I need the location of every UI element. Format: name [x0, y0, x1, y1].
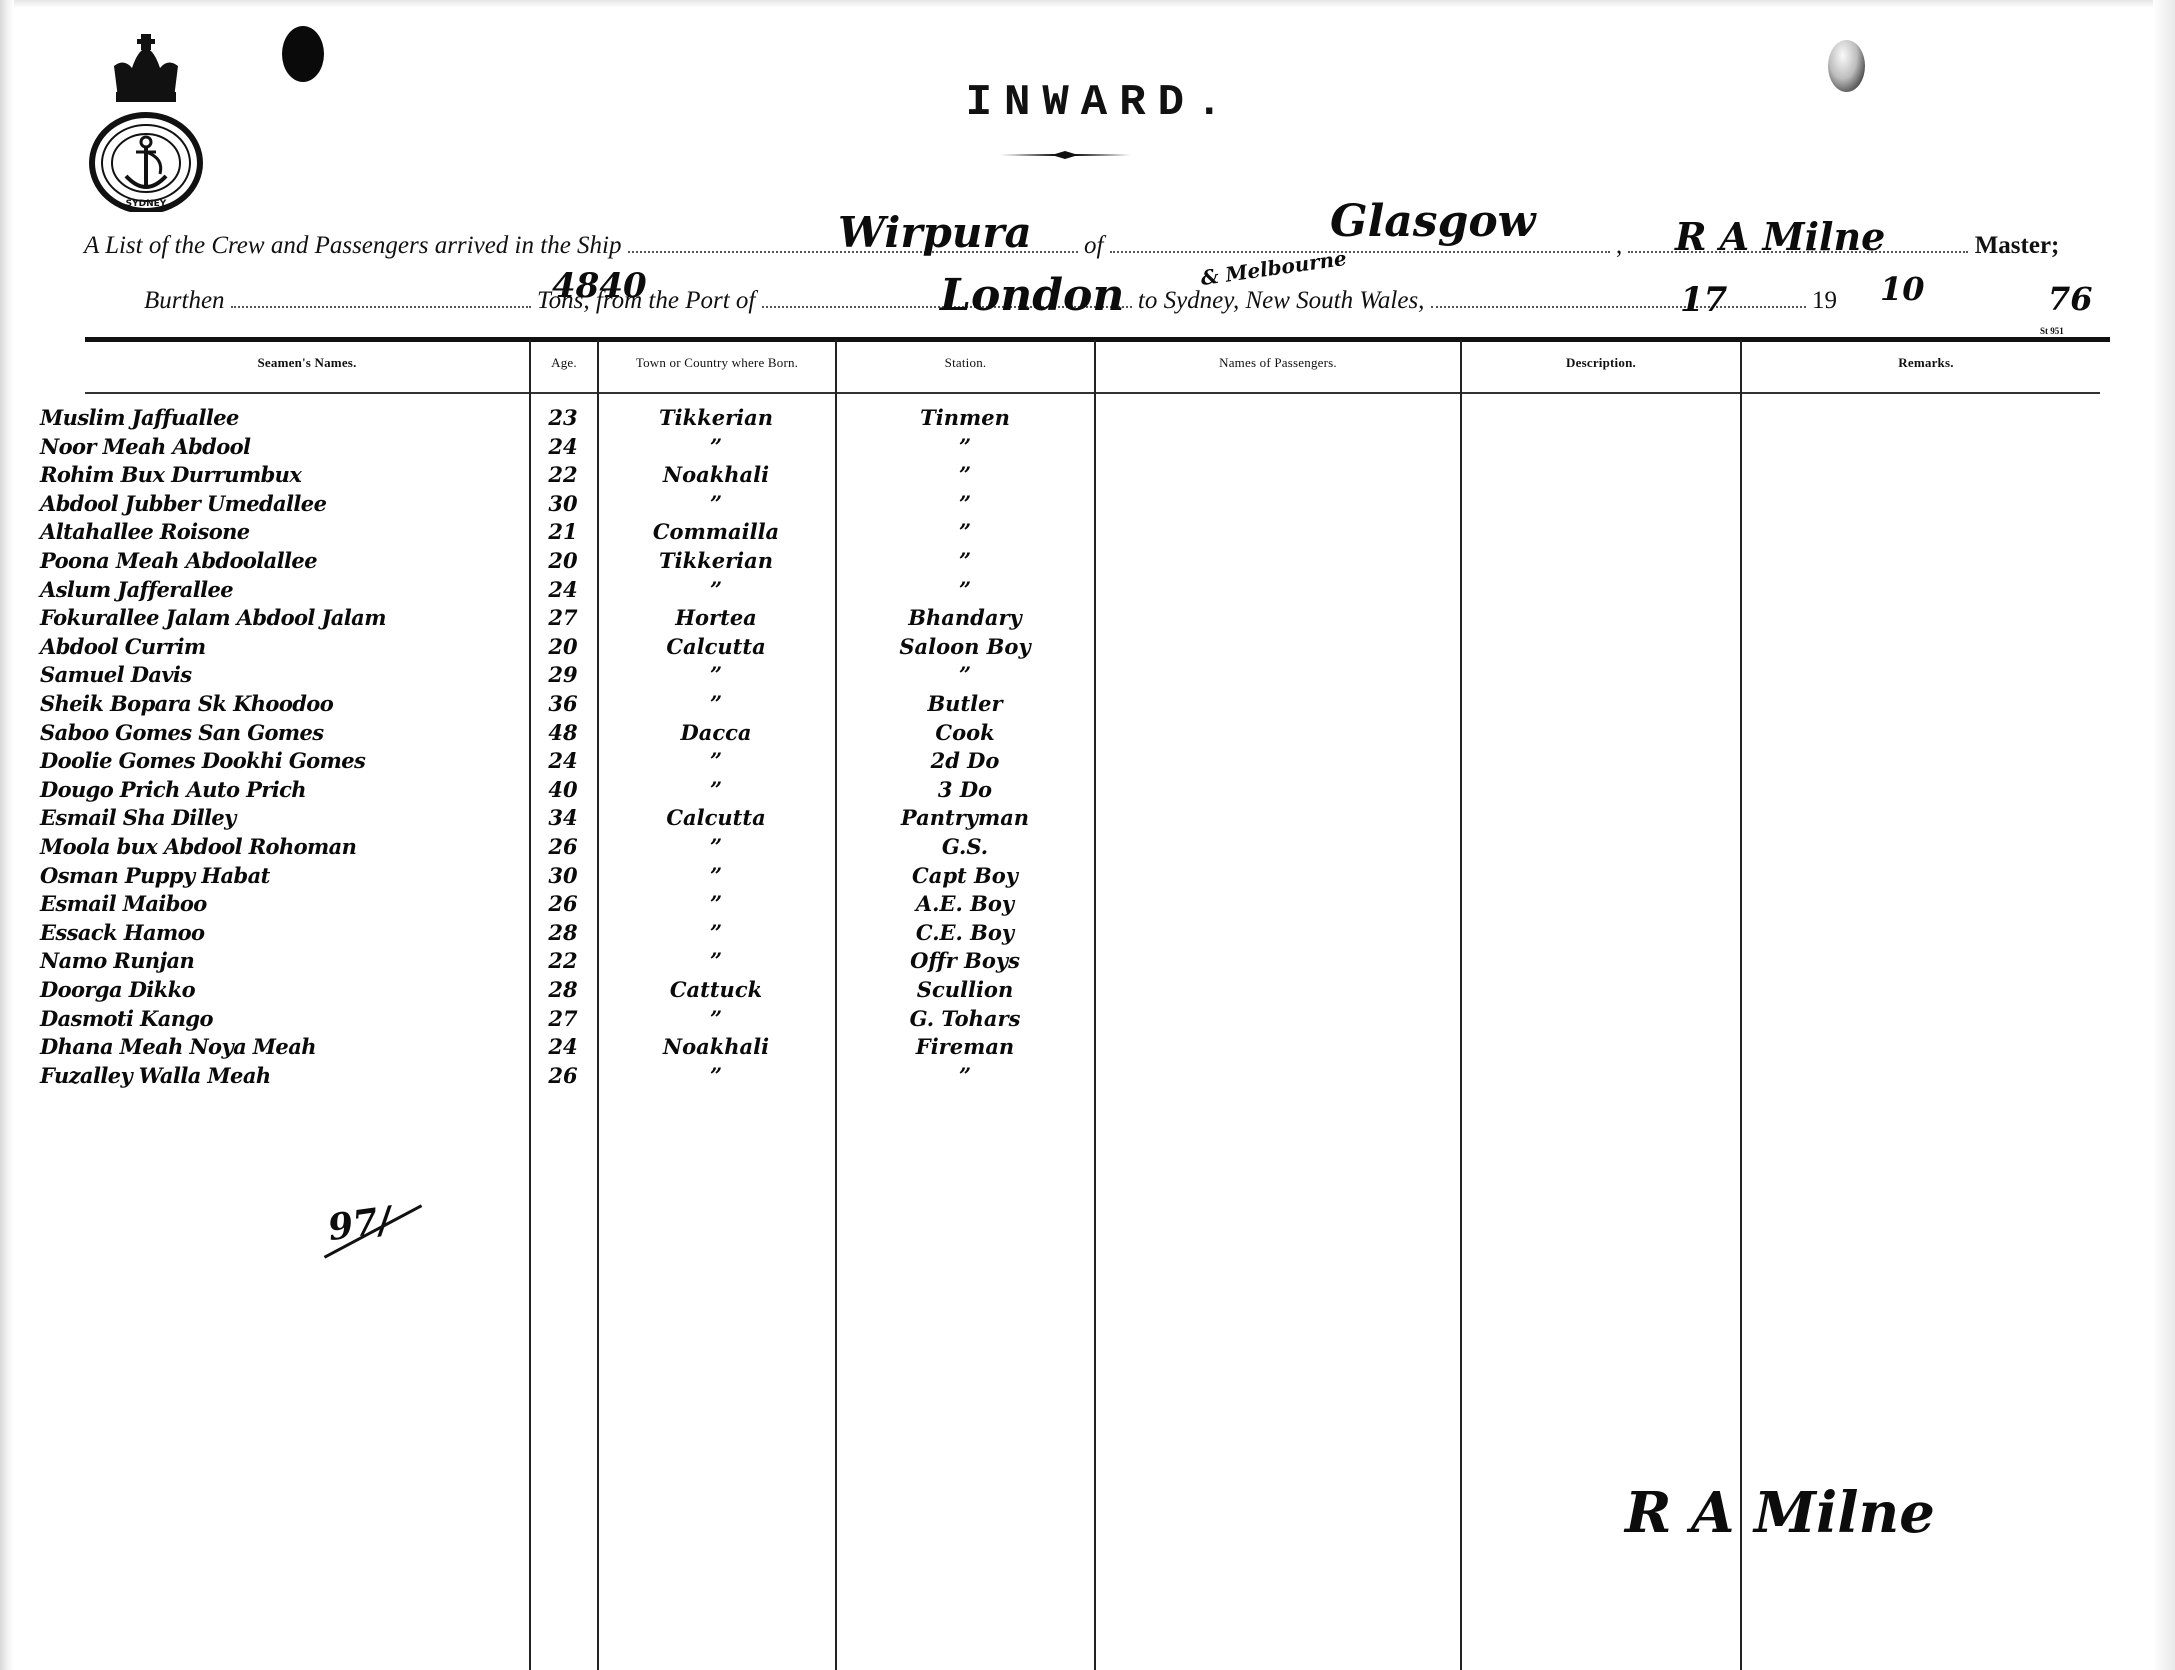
- seaman-age: 28: [532, 976, 594, 1004]
- seaman-name: Abdool Jubber Umedallee: [40, 490, 525, 518]
- seaman-name: Sheik Bopara Sk Khoodoo: [40, 690, 525, 718]
- seaman-station: ”: [840, 490, 1090, 518]
- seaman-name: Dougo Prich Auto Prich: [40, 776, 525, 804]
- burthen-field: [231, 305, 531, 308]
- seaman-station: G. Tohars: [840, 1005, 1090, 1033]
- seaman-station: Fireman: [840, 1033, 1090, 1061]
- column-header-description: Description.: [1462, 355, 1740, 371]
- seaman-age: 27: [532, 1005, 594, 1033]
- seaman-station: Tinmen: [840, 404, 1090, 432]
- table-row: Sheik Bopara Sk Khoodoo36”Butler: [0, 690, 1100, 718]
- seaman-name: Muslim Jaffuallee: [40, 404, 525, 432]
- table-row: Dhana Meah Noya Meah24NoakhaliFireman: [0, 1033, 1100, 1061]
- seaman-name: Abdool Currim: [40, 633, 525, 661]
- seaman-birthplace: ”: [600, 576, 832, 604]
- seaman-name: Saboo Gomes San Gomes: [40, 719, 525, 747]
- seaman-name: Essack Hamoo: [40, 919, 525, 947]
- seaman-age: 48: [532, 719, 594, 747]
- seaman-birthplace: Tikkerian: [600, 547, 832, 575]
- seaman-name: Moola bux Abdool Rohoman: [40, 833, 525, 861]
- seaman-name: Rohim Bux Durrumbux: [40, 461, 525, 489]
- seaman-station: ”: [840, 1062, 1090, 1090]
- table-row: Abdool Jubber Umedallee30””: [0, 490, 1100, 518]
- seaman-birthplace: ”: [600, 1005, 832, 1033]
- seaman-birthplace: ”: [600, 890, 832, 918]
- date-day-value: 17: [1680, 280, 1727, 320]
- seaman-birthplace: ”: [600, 862, 832, 890]
- seaman-station: ”: [840, 661, 1090, 689]
- seaman-birthplace: ”: [600, 661, 832, 689]
- seaman-station: Pantryman: [840, 804, 1090, 832]
- seaman-name: Osman Puppy Habat: [40, 862, 525, 890]
- to-sydney-label: to Sydney, New South Wales,: [1138, 287, 1425, 314]
- table-row: Moola bux Abdool Rohoman26”G.S.: [0, 833, 1100, 861]
- seaman-age: 40: [532, 776, 594, 804]
- seaman-station: ”: [840, 576, 1090, 604]
- table-row: Abdool Currim20CalcuttaSaloon Boy: [0, 633, 1100, 661]
- seaman-birthplace: Tikkerian: [600, 404, 832, 432]
- seaman-station: Bhandary: [840, 604, 1090, 632]
- seaman-age: 22: [532, 461, 594, 489]
- seaman-station: Cook: [840, 719, 1090, 747]
- seaman-birthplace: ”: [600, 947, 832, 975]
- seaman-name: Noor Meah Abdool: [40, 433, 525, 461]
- column-divider: [1740, 340, 1742, 1670]
- column-header-age: Age.: [531, 355, 597, 371]
- seaman-age: 34: [532, 804, 594, 832]
- form-code: St 951: [2040, 326, 2064, 336]
- master-name-value: R A Milne: [1675, 214, 1885, 259]
- seaman-age: 20: [532, 633, 594, 661]
- from-port-value: London: [940, 270, 1124, 321]
- master-signature: R A Milne: [1625, 1480, 1935, 1546]
- port-registry-field: [1110, 250, 1610, 253]
- table-row: Esmail Sha Dilley34CalcuttaPantryman: [0, 804, 1100, 832]
- seaman-name: Esmail Maiboo: [40, 890, 525, 918]
- seaman-name: Dasmoti Kango: [40, 1005, 525, 1033]
- seaman-birthplace: ”: [600, 1062, 832, 1090]
- column-header-seamens-names: Seamen's Names.: [85, 355, 529, 371]
- seaman-age: 23: [532, 404, 594, 432]
- seaman-age: 27: [532, 604, 594, 632]
- table-header-rule: [85, 392, 2100, 394]
- table-row: Muslim Jaffuallee23TikkerianTinmen: [0, 404, 1100, 432]
- date-year-printed: 19: [1812, 287, 1837, 314]
- table-row: Namo Runjan22”Offr Boys: [0, 947, 1100, 975]
- seaman-age: 24: [532, 433, 594, 461]
- seaman-birthplace: ”: [600, 747, 832, 775]
- seaman-birthplace: ”: [600, 776, 832, 804]
- seaman-station: 3 Do: [840, 776, 1090, 804]
- crown-anchor-seal-icon: SYDNEY: [86, 28, 206, 212]
- seaman-station: A.E. Boy: [840, 890, 1090, 918]
- seaman-birthplace: Calcutta: [600, 633, 832, 661]
- table-row: Dasmoti Kango27”G. Tohars: [0, 1005, 1100, 1033]
- seaman-birthplace: Noakhali: [600, 1033, 832, 1061]
- seaman-age: 29: [532, 661, 594, 689]
- port-registry-value: Glasgow: [1330, 196, 1536, 247]
- seaman-birthplace: ”: [600, 433, 832, 461]
- seaman-age: 21: [532, 518, 594, 546]
- seaman-name: Esmail Sha Dilley: [40, 804, 525, 832]
- document-title: INWARD.: [880, 78, 1320, 128]
- table-row: Dougo Prich Auto Prich40”3 Do: [0, 776, 1100, 804]
- column-header-born: Town or Country where Born.: [599, 355, 835, 371]
- seaman-age: 24: [532, 576, 594, 604]
- svg-text:SYDNEY: SYDNEY: [126, 199, 167, 209]
- seaman-name: Aslum Jafferallee: [40, 576, 525, 604]
- date-field: [1431, 305, 1806, 308]
- seaman-name: Fuzalley Walla Meah: [40, 1062, 525, 1090]
- table-row: Osman Puppy Habat30”Capt Boy: [0, 862, 1100, 890]
- seaman-birthplace: ”: [600, 919, 832, 947]
- seaman-age: 22: [532, 947, 594, 975]
- table-row: Fuzalley Walla Meah26””: [0, 1062, 1100, 1090]
- ship-name-value: Wirpura: [838, 208, 1032, 257]
- seaman-age: 20: [532, 547, 594, 575]
- seaman-station: ”: [840, 547, 1090, 575]
- seaman-name: Altahallee Roisone: [40, 518, 525, 546]
- seaman-name: Doolie Gomes Dookhi Gomes: [40, 747, 525, 775]
- seaman-birthplace: Hortea: [600, 604, 832, 632]
- punch-hole-left: [282, 26, 324, 82]
- table-row: Noor Meah Abdool24””: [0, 433, 1100, 461]
- seaman-age: 36: [532, 690, 594, 718]
- scan-edge-top: [0, 0, 2175, 8]
- title-flourish-divider: [1000, 146, 1130, 154]
- seaman-station: ”: [840, 433, 1090, 461]
- seaman-birthplace: ”: [600, 690, 832, 718]
- scan-edge-right: [2153, 0, 2175, 1670]
- line1-prefix: A List of the Crew and Passengers arrive…: [84, 232, 622, 259]
- seaman-name: Namo Runjan: [40, 947, 525, 975]
- seaman-age: 30: [532, 490, 594, 518]
- seaman-station: C.E. Boy: [840, 919, 1090, 947]
- seaman-station: Saloon Boy: [840, 633, 1090, 661]
- seaman-age: 24: [532, 747, 594, 775]
- seaman-station: Butler: [840, 690, 1090, 718]
- seaman-birthplace: Calcutta: [600, 804, 832, 832]
- seaman-age: 26: [532, 890, 594, 918]
- table-row: Aslum Jafferallee24””: [0, 576, 1100, 604]
- seaman-station: ”: [840, 518, 1090, 546]
- date-year-value: 76: [2048, 280, 2093, 318]
- column-divider: [1460, 340, 1462, 1670]
- seaman-name: Poona Meah Abdoolallee: [40, 547, 525, 575]
- seaman-birthplace: ”: [600, 490, 832, 518]
- table-row: Rohim Bux Durrumbux22Noakhali”: [0, 461, 1100, 489]
- seaman-name: Dhana Meah Noya Meah: [40, 1033, 525, 1061]
- seaman-name: Fokurallee Jalam Abdool Jalam: [40, 604, 525, 632]
- seaman-age: 24: [532, 1033, 594, 1061]
- burthen-value: 4840: [552, 266, 647, 306]
- table-row: Essack Hamoo28”C.E. Boy: [0, 919, 1100, 947]
- table-row: Saboo Gomes San Gomes48DaccaCook: [0, 719, 1100, 747]
- crew-list: Muslim Jaffuallee23TikkerianTinmenNoor M…: [0, 404, 1100, 1204]
- seaman-station: G.S.: [840, 833, 1090, 861]
- punch-hole-right: [1828, 40, 1865, 92]
- seaman-name: Samuel Davis: [40, 661, 525, 689]
- seaman-station: ”: [840, 461, 1090, 489]
- seaman-birthplace: Commailla: [600, 518, 832, 546]
- table-row: Esmail Maiboo26”A.E. Boy: [0, 890, 1100, 918]
- seaman-station: 2d Do: [840, 747, 1090, 775]
- column-header-station: Station.: [837, 355, 1094, 371]
- column-header-remarks: Remarks.: [1742, 355, 2110, 371]
- seaman-birthplace: Noakhali: [600, 461, 832, 489]
- column-header-passengers: Names of Passengers.: [1096, 355, 1460, 371]
- seaman-station: Scullion: [840, 976, 1090, 1004]
- seaman-name: Doorga Dikko: [40, 976, 525, 1004]
- seaman-birthplace: Dacca: [600, 719, 832, 747]
- seaman-station: Capt Boy: [840, 862, 1090, 890]
- table-row: Doorga Dikko28CattuckScullion: [0, 976, 1100, 1004]
- seaman-birthplace: ”: [600, 833, 832, 861]
- seaman-age: 28: [532, 919, 594, 947]
- seaman-age: 26: [532, 1062, 594, 1090]
- seaman-station: Offr Boys: [840, 947, 1090, 975]
- master-label: Master;: [1975, 232, 2060, 259]
- seaman-age: 30: [532, 862, 594, 890]
- table-row: Altahallee Roisone21Commailla”: [0, 518, 1100, 546]
- table-row: Fokurallee Jalam Abdool Jalam27HorteaBha…: [0, 604, 1100, 632]
- of-label: of: [1084, 232, 1103, 259]
- seaman-age: 26: [532, 833, 594, 861]
- table-row: Samuel Davis29””: [0, 661, 1100, 689]
- table-row: Doolie Gomes Dookhi Gomes24”2d Do: [0, 747, 1100, 775]
- burthen-label: Burthen: [144, 287, 225, 314]
- table-top-rule: [85, 337, 2110, 342]
- seaman-birthplace: Cattuck: [600, 976, 832, 1004]
- table-row: Poona Meah Abdoolallee20Tikkerian”: [0, 547, 1100, 575]
- date-month-value: 10: [1880, 270, 1925, 308]
